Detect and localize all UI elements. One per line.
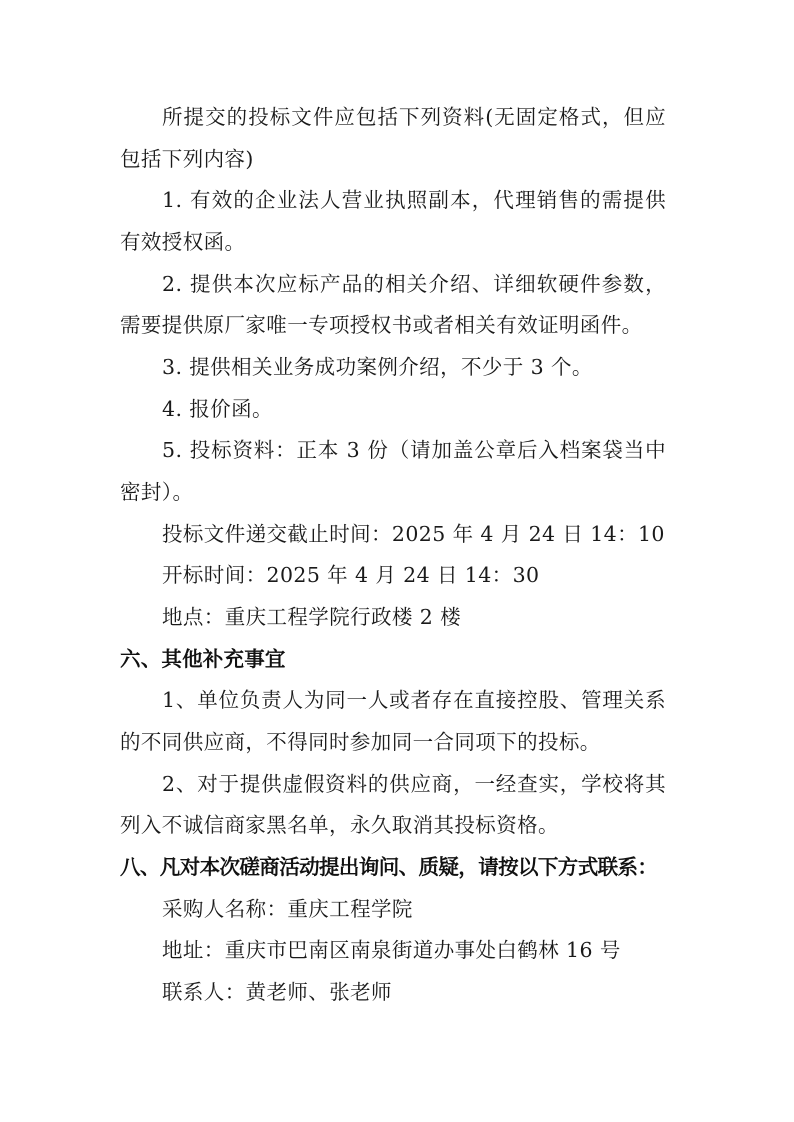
requirement-item-5: 5. 投标资料：正本 3 份（请加盖公章后入档案袋当中密封）。 [120,430,666,513]
supplementary-item-1: 1、单位负责人为同一人或者存在直接控股、管理关系的不同供应商，不得同时参加同一合… [120,680,666,763]
bid-opening-time: 开标时间：2025 年 4 月 24 日 14：30 [120,555,666,597]
supplementary-item-2: 2、对于提供虚假资料的供应商，一经查实，学校将其列入不诚信商家黑名单，永久取消其… [120,764,666,847]
requirement-item-4: 4. 报价函。 [120,389,666,431]
purchaser-name: 采购人名称：重庆工程学院 [120,889,666,931]
intro-paragraph: 所提交的投标文件应包括下列资料(无固定格式，但应包括下列内容) [120,97,666,180]
section-six-heading: 六、其他补充事宜 [120,639,666,681]
document-page: 所提交的投标文件应包括下列资料(无固定格式，但应包括下列内容) 1. 有效的企业… [120,97,666,1014]
section-eight-heading: 八、凡对本次磋商活动提出询问、质疑，请按以下方式联系： [120,847,666,889]
contact-persons: 联系人：黄老师、张老师 [120,972,666,1014]
purchaser-address: 地址：重庆市巴南区南泉街道办事处白鹤林 16 号 [120,930,666,972]
requirement-item-3: 3. 提供相关业务成功案例介绍，不少于 3 个。 [120,347,666,389]
bid-location: 地点：重庆工程学院行政楼 2 楼 [120,597,666,639]
requirement-item-2: 2. 提供本次应标产品的相关介绍、详细软硬件参数，需要提供原厂家唯一专项授权书或… [120,264,666,347]
requirement-item-1: 1. 有效的企业法人营业执照副本，代理销售的需提供有效授权函。 [120,180,666,263]
submission-deadline: 投标文件递交截止时间：2025 年 4 月 24 日 14：10 [120,514,666,556]
